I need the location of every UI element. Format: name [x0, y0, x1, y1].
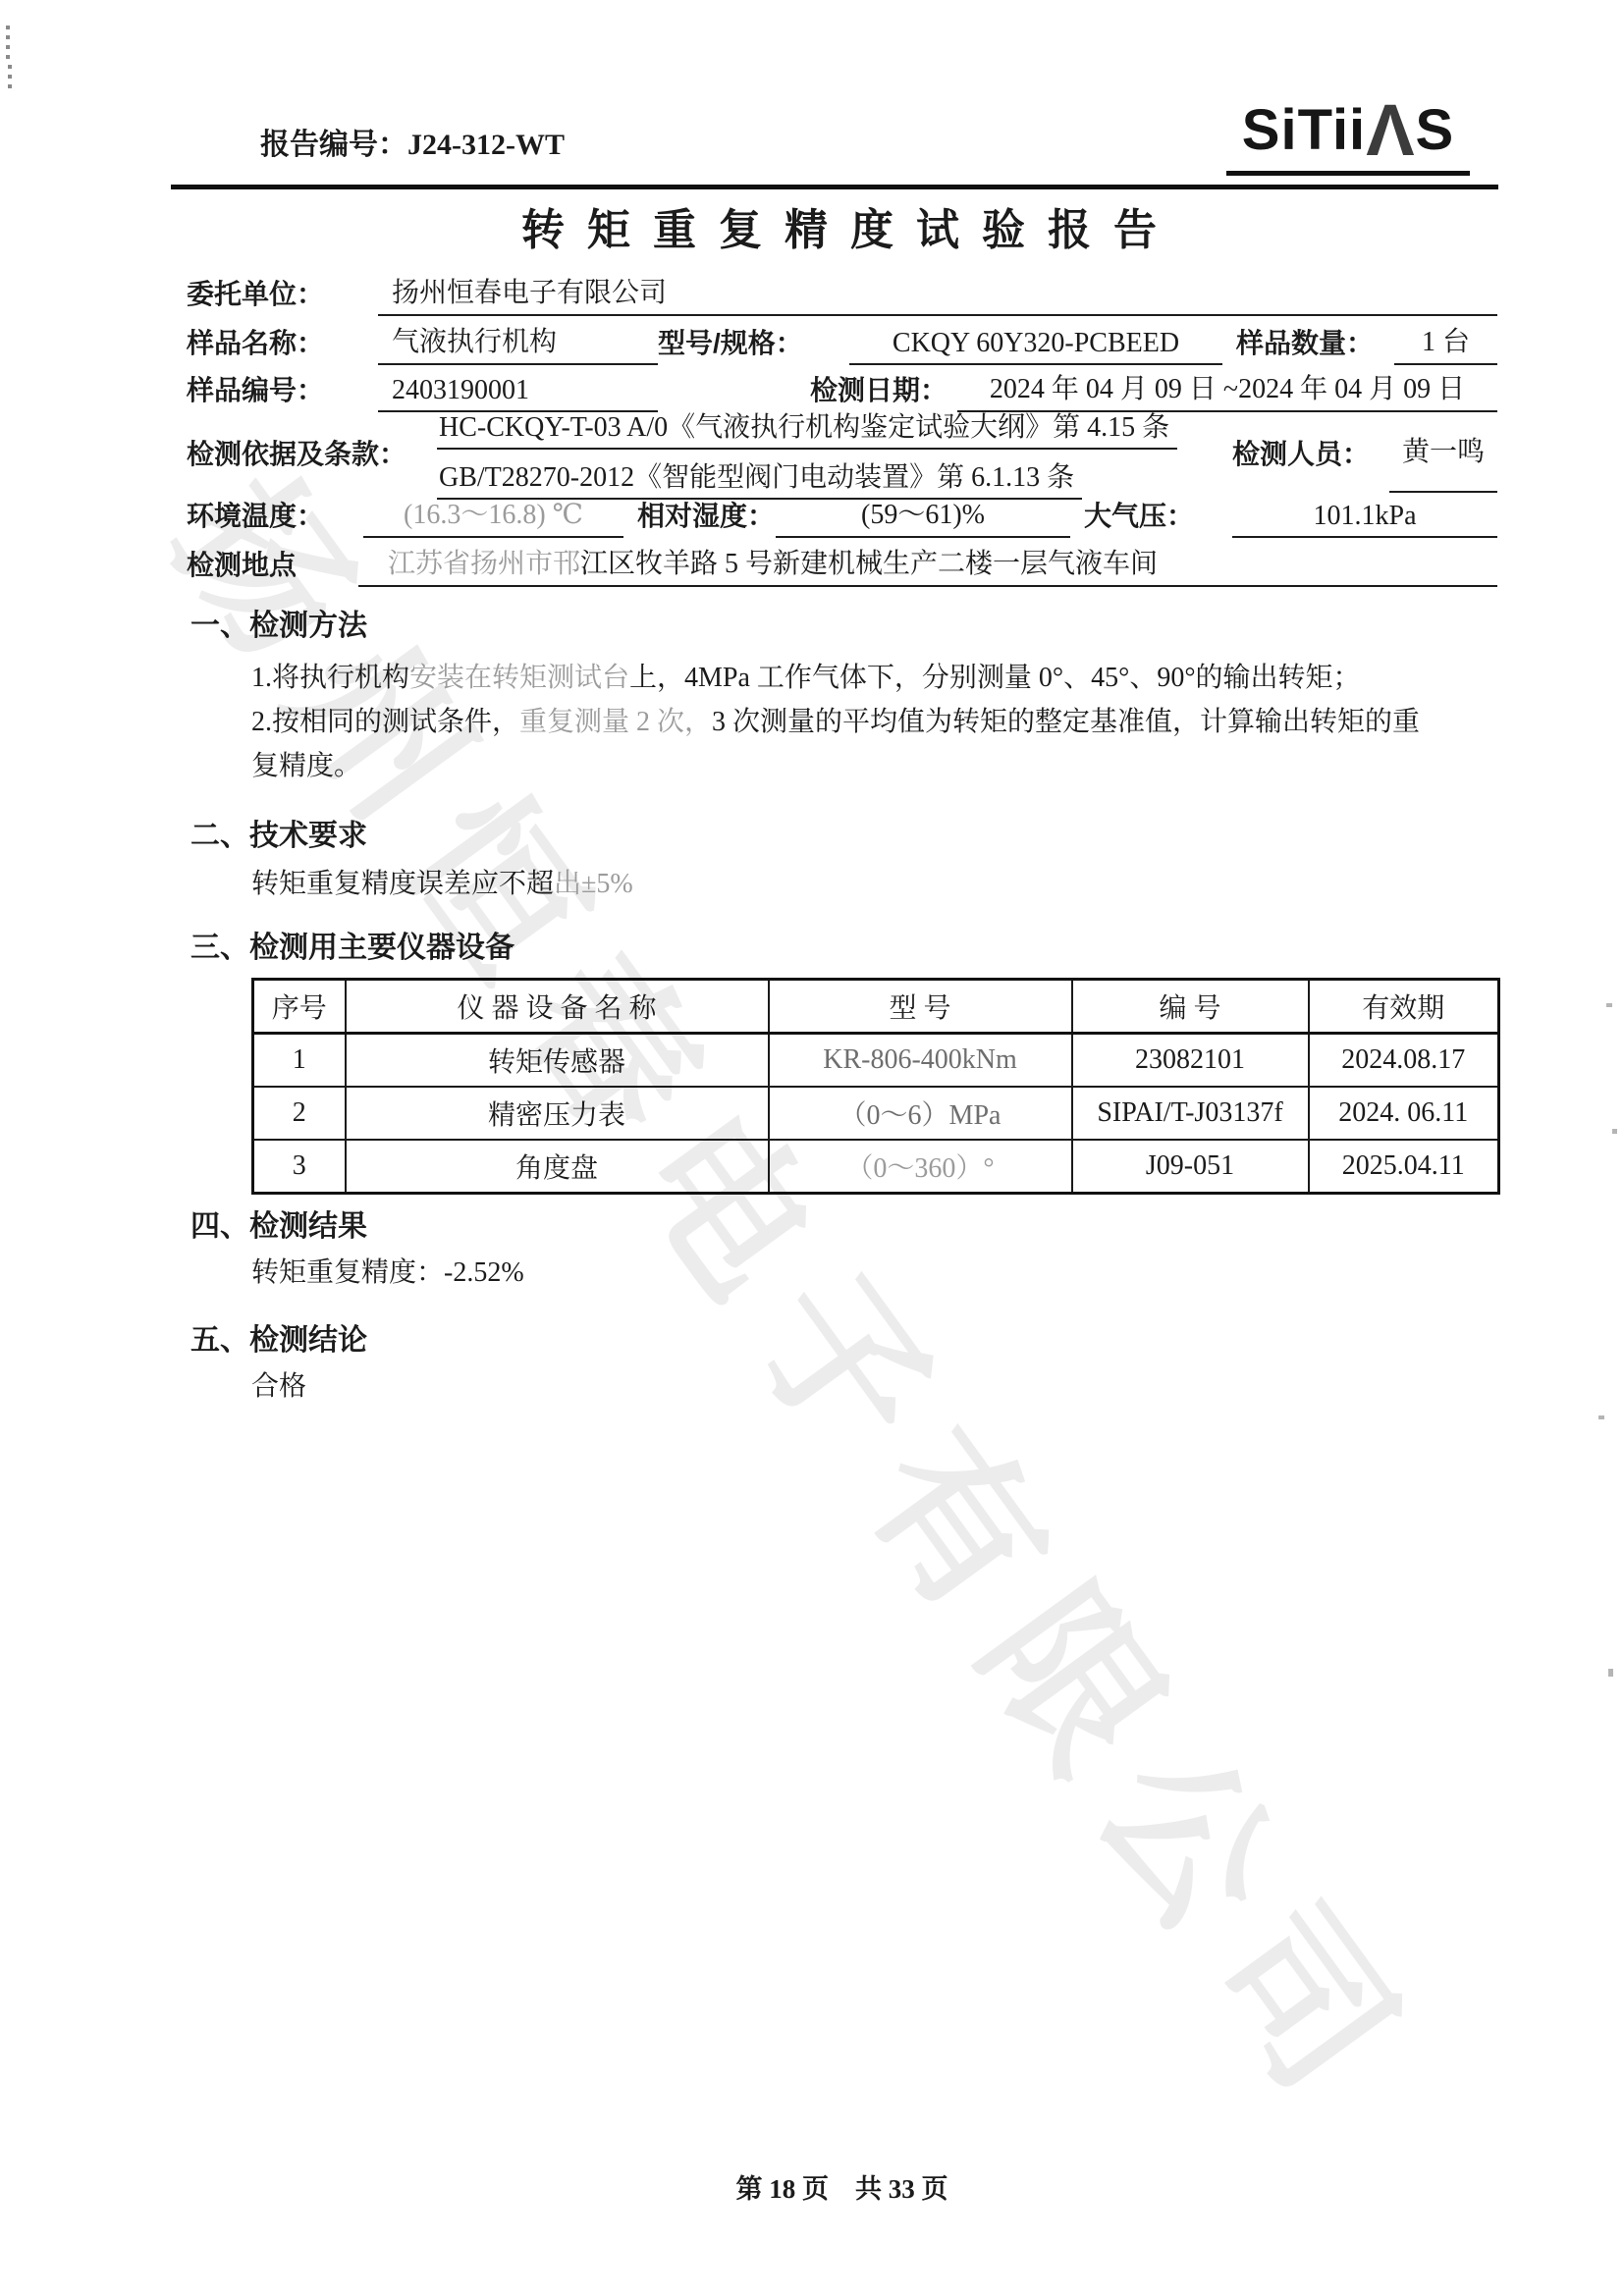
conclusion-text: 合格 — [251, 1364, 306, 1404]
header-divider-rule — [171, 185, 1498, 189]
basis-line-1: HC-CKQY-T-03 A/0《气液执行机构鉴定试验大纲》第 4.15 条 — [437, 405, 1177, 450]
info-row-sample-name: 样品名称： 气液执行机构 型号/规格： CKQY 60Y320-PCBEED 样… — [187, 316, 1497, 365]
cell-validity: 2025.04.11 — [1309, 1140, 1499, 1194]
logo-text-prefix: SiTii — [1242, 98, 1366, 162]
section1-body: 1.将执行机构安装在转矩测试台上，4MPa 工作气体下，分别测量 0°、45°、… — [251, 656, 1420, 788]
result-text: 转矩重复精度：-2.52% — [251, 1251, 524, 1290]
logo-lambda-glyph: Λ — [1366, 89, 1415, 171]
inspector-label: 检测人员： — [1232, 412, 1389, 493]
equipment-table-header-row: 序号 仪 器 设 备 名 称 型 号 编 号 有效期 — [253, 980, 1499, 1034]
sample-name-value: 气液执行机构 — [378, 316, 658, 365]
cell-validity: 2024. 06.11 — [1309, 1087, 1499, 1140]
col-header-number: 编 号 — [1072, 980, 1309, 1034]
cell-number: 23082101 — [1072, 1034, 1309, 1088]
method-line-2: 2.按相同的测试条件，重复测量 2 次，3 次测量的平均值为转矩的整定基准值，计… — [251, 700, 1420, 744]
method-line1-c: 上，4MPa 工作气体下，分别测量 0°、45°、90°的输出转矩； — [629, 663, 1361, 693]
company-logo: SiTiiΛS — [1226, 94, 1470, 176]
table-row: 2 精密压力表 （0～6）MPa SIPAI/T-J03137f 2024. 0… — [253, 1087, 1499, 1140]
basis-value: HC-CKQY-T-03 A/0《气液执行机构鉴定试验大纲》第 4.15 条 G… — [437, 412, 1232, 493]
report-content: 报告编号：J24-312-WT SiTiiΛS 转 矩 重 复 精 度 试 验 … — [187, 0, 1497, 2296]
scan-artifact — [1606, 1003, 1612, 1007]
method-line2-b: 重复测量 2 次， — [519, 707, 712, 737]
scan-artifact — [6, 26, 10, 61]
col-header-validity: 有效期 — [1309, 980, 1499, 1034]
method-line1-a: 1.将执行机构 — [251, 663, 409, 693]
cell-model: （0～6）MPa — [769, 1087, 1072, 1140]
equipment-table: 序号 仪 器 设 备 名 称 型 号 编 号 有效期 1 转矩传感器 KR-80… — [251, 978, 1500, 1195]
sample-name-label: 样品名称： — [187, 316, 378, 365]
qty-label: 样品数量： — [1222, 316, 1394, 365]
method-line2-c: 3 次测量的平均值为转矩的整定基准值，计算输出转矩的重 — [712, 707, 1420, 737]
cell-seq: 1 — [253, 1034, 346, 1088]
humidity-label: 相对湿度： — [623, 493, 776, 538]
cell-model: （0～360）° — [769, 1140, 1072, 1194]
method-line1-b: 安装在转矩测试台 — [409, 663, 629, 693]
cell-number: SIPAI/T-J03137f — [1072, 1087, 1309, 1140]
scan-artifact — [1598, 1415, 1604, 1419]
info-row-location: 检测地点 江苏省扬州市邗江区牧羊路 5 号新建机械生产二楼一层气液车间 — [187, 538, 1497, 587]
client-label: 委托单位： — [187, 265, 378, 316]
client-value: 扬州恒春电子有限公司 — [378, 265, 1497, 316]
cell-validity: 2024.08.17 — [1309, 1034, 1499, 1088]
col-header-name: 仪 器 设 备 名 称 — [346, 980, 769, 1034]
section2-heading: 二、技术要求 — [190, 811, 367, 854]
inspector-value: 黄一鸣 — [1389, 412, 1497, 493]
cell-seq: 3 — [253, 1140, 346, 1194]
cell-name: 角度盘 — [346, 1140, 769, 1194]
scan-artifact — [1608, 1669, 1613, 1677]
location-label: 检测地点 — [187, 538, 358, 587]
model-label: 型号/规格： — [658, 316, 849, 365]
section2-body: 转矩重复精度误差应不超出±5% — [251, 862, 633, 901]
section5-heading: 五、检测结论 — [190, 1315, 367, 1359]
method-line-1: 1.将执行机构安装在转矩测试台上，4MPa 工作气体下，分别测量 0°、45°、… — [251, 656, 1420, 700]
cell-seq: 2 — [253, 1087, 346, 1140]
page-footer: 第 18 页 共 33 页 — [187, 2167, 1497, 2206]
col-header-model: 型 号 — [769, 980, 1072, 1034]
cell-name: 转矩传感器 — [346, 1034, 769, 1088]
cell-model: KR-806-400kNm — [769, 1034, 1072, 1088]
location-value: 江苏省扬州市邗江区牧羊路 5 号新建机械生产二楼一层气液车间 — [358, 538, 1497, 587]
pressure-value: 101.1kPa — [1232, 493, 1497, 538]
scan-artifact — [1612, 1129, 1617, 1134]
basis-label: 检测依据及条款： — [187, 412, 437, 493]
logo-text-suffix: S — [1416, 98, 1455, 162]
info-row-client: 委托单位： 扬州恒春电子有限公司 — [187, 265, 1497, 316]
temperature-label: 环境温度： — [187, 493, 363, 538]
info-row-environment: 环境温度： (16.3～16.8) ℃ 相对湿度： (59～61)% 大气压： … — [187, 493, 1497, 538]
requirement-text-dark: 转矩重复精度误差应不超 — [251, 869, 554, 899]
section1-heading: 一、检测方法 — [190, 601, 367, 644]
method-line2-a: 2.按相同的测试条件， — [251, 707, 519, 737]
temperature-value: (16.3～16.8) ℃ — [363, 493, 623, 538]
sample-info-block: 委托单位： 扬州恒春电子有限公司 样品名称： 气液执行机构 型号/规格： CKQ… — [187, 265, 1497, 587]
logo-wordmark: SiTiiΛS — [1226, 94, 1470, 167]
table-row: 3 角度盘 （0～360）° J09-051 2025.04.11 — [253, 1140, 1499, 1194]
table-row: 1 转矩传感器 KR-806-400kNm 23082101 2024.08.1… — [253, 1034, 1499, 1088]
qty-value: 1 台 — [1394, 316, 1497, 365]
section3-heading: 三、检测用主要仪器设备 — [190, 923, 514, 966]
section4-heading: 四、检测结果 — [190, 1201, 367, 1245]
sample-no-label: 样品编号： — [187, 365, 378, 412]
model-value: CKQY 60Y320-PCBEED — [849, 316, 1222, 365]
info-row-basis: 检测依据及条款： HC-CKQY-T-03 A/0《气液执行机构鉴定试验大纲》第… — [187, 412, 1497, 493]
col-header-seq: 序号 — [253, 980, 346, 1034]
logo-underline — [1226, 171, 1470, 176]
method-line-3: 复精度。 — [251, 744, 1420, 788]
location-value-faded-part: 江苏省扬州市邗 — [388, 542, 580, 581]
report-page: 扬州恒春电子有限公司 报告编号：J24-312-WT SiTiiΛS 转 矩 重… — [0, 0, 1624, 2296]
report-number-value: J24-312-WT — [407, 129, 565, 161]
pressure-label: 大气压： — [1070, 493, 1232, 538]
report-number-label: 报告编号： — [260, 129, 407, 161]
cell-number: J09-051 — [1072, 1140, 1309, 1194]
page-title: 转 矩 重 复 精 度 试 验 报 告 — [187, 194, 1497, 257]
location-value-rest: 江区牧羊路 5 号新建机械生产二楼一层气液车间 — [580, 542, 1158, 581]
requirement-text-faded: 出±5% — [554, 869, 633, 899]
cell-name: 精密压力表 — [346, 1087, 769, 1140]
humidity-value: (59～61)% — [776, 493, 1070, 538]
scan-artifact — [8, 65, 12, 94]
report-number: 报告编号：J24-312-WT — [260, 120, 565, 163]
